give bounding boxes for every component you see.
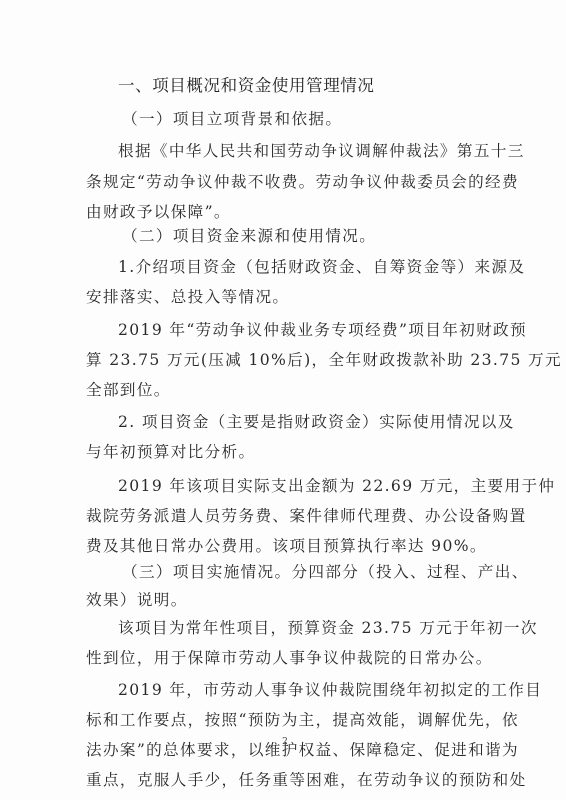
paragraph-line: 2019 年，市劳动人事争议仲裁院围绕年初拟定的工作目 bbox=[118, 680, 480, 700]
paragraph-line: 标和工作要点，按照“预防为主，提高效能，调解优先，依 bbox=[86, 710, 480, 730]
paragraph-line: 全部到位。 bbox=[86, 380, 480, 400]
paragraph-line: 裁院劳务派遣人员劳务费、案件律师代理费、办公设备购置 bbox=[86, 506, 480, 526]
paragraph-line: 性到位，用于保障市劳动人事争议仲裁院的日常办公。 bbox=[86, 648, 480, 668]
paragraph-line: 费及其他日常办公费用。该项目预算执行率达 90%。 bbox=[86, 536, 480, 556]
paragraph-line: 算 23.75 万元(压减 10%后)，全年财政拨款补助 23.75 万元 bbox=[86, 350, 480, 370]
paragraph-line: 效果）说明。 bbox=[86, 590, 480, 610]
paragraph-line: 2019 年“劳动争议仲裁业务专项经费”项目年初财政预 bbox=[118, 320, 480, 340]
paragraph-line: 安排落实、总投入等情况。 bbox=[86, 287, 480, 307]
paragraph-line: 条规定“劳动争议仲裁不收费。劳动争议仲裁委员会的经费 bbox=[86, 172, 480, 192]
paragraph-line: 由财政予以保障”。 bbox=[86, 202, 480, 222]
section-heading-1: 一、项目概况和资金使用管理情况 bbox=[118, 76, 512, 96]
subheading-implementation: （三）项目实施情况。分四部分（投入、过程、产出、 bbox=[122, 562, 516, 582]
paragraph-line: 1.介绍项目资金（包括财政资金、自筹资金等）来源及 bbox=[118, 257, 480, 277]
subheading-funding: （二）项目资金来源和使用情况。 bbox=[122, 226, 516, 246]
paragraph-line: 2019 年该项目实际支出金额为 22.69 万元，主要用于仲 bbox=[118, 476, 480, 496]
paragraph-line: 该项目为常年性项目，预算资金 23.75 万元于年初一次 bbox=[118, 618, 480, 638]
subheading-background: （一）项目立项背景和依据。 bbox=[122, 109, 516, 129]
paragraph-line: 2. 项目资金（主要是指财政资金）实际使用情况以及 bbox=[118, 412, 480, 432]
paragraph-line: 根据《中华人民共和国劳动争议调解仲裁法》第五十三 bbox=[118, 141, 480, 161]
document-page: 一、项目概况和资金使用管理情况 （一）项目立项背景和依据。 根据《中华人民共和国… bbox=[0, 0, 566, 800]
page-number: 2 bbox=[280, 737, 290, 747]
paragraph-line: 与年初预算对比分析。 bbox=[86, 442, 480, 462]
paragraph-line: 重点，克服人手少，任务重等困难，在劳动争议的预防和处 bbox=[86, 770, 480, 790]
